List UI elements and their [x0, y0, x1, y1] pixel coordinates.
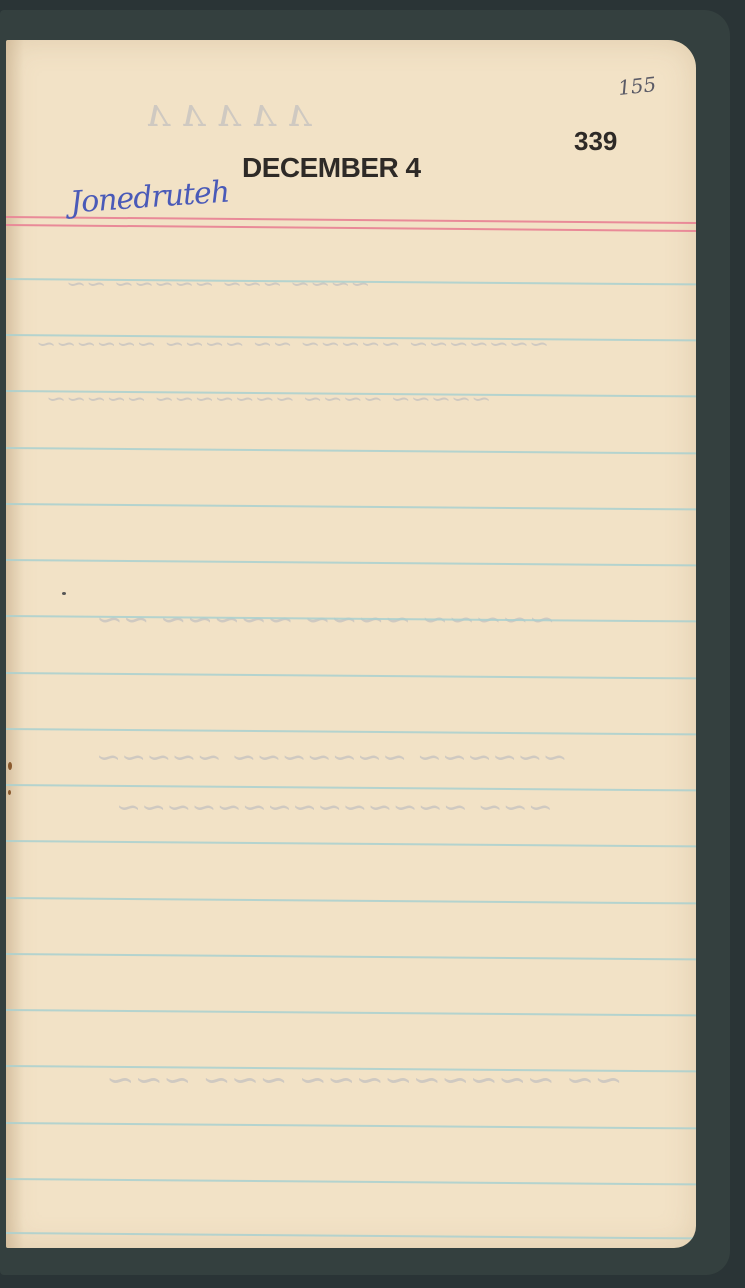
ruled-line — [6, 672, 696, 679]
ink-stain — [62, 592, 66, 595]
bleed-through-text: ~~~~ ~~~ ~~~~~ ~~ — [66, 270, 370, 298]
ruled-line — [6, 503, 696, 510]
header-rule-bottom — [6, 224, 696, 232]
ruled-line — [6, 840, 696, 847]
ink-stain — [8, 762, 12, 770]
ruled-line — [6, 1122, 696, 1129]
ruled-line — [6, 447, 696, 454]
bleed-through-text: ~~~~~ ~~~~ ~~~~~~~ ~~~~~ — [46, 385, 491, 413]
bleed-through-text: ~~~ ~~~~~~~~~~~~~~ — [116, 790, 553, 825]
ruled-line — [6, 1178, 696, 1185]
day-of-year: 339 — [574, 126, 617, 157]
ruled-line — [6, 1009, 696, 1016]
handwritten-title: Jonedruteh — [69, 174, 230, 220]
diary-page: ᴧ ᴧ ᴧ ᴧ ᴧ ~~~~ ~~~ ~~~~~ ~~ ~~~~~~~ ~~~~… — [6, 40, 696, 1248]
ruled-line — [6, 1232, 696, 1239]
ruled-line — [6, 897, 696, 904]
ruled-line — [6, 728, 696, 735]
pencil-page-number: 155 — [617, 72, 657, 100]
ink-stain — [8, 790, 11, 795]
ruled-line — [6, 953, 696, 960]
date-heading: DECEMBER 4 — [242, 152, 421, 184]
bleed-through-text: ~~~~~~ ~~~~~~~ ~~~~~ — [96, 740, 568, 775]
bleed-through-text: ᴧ ᴧ ᴧ ᴧ ᴧ — [146, 90, 310, 136]
ruled-line — [6, 559, 696, 566]
